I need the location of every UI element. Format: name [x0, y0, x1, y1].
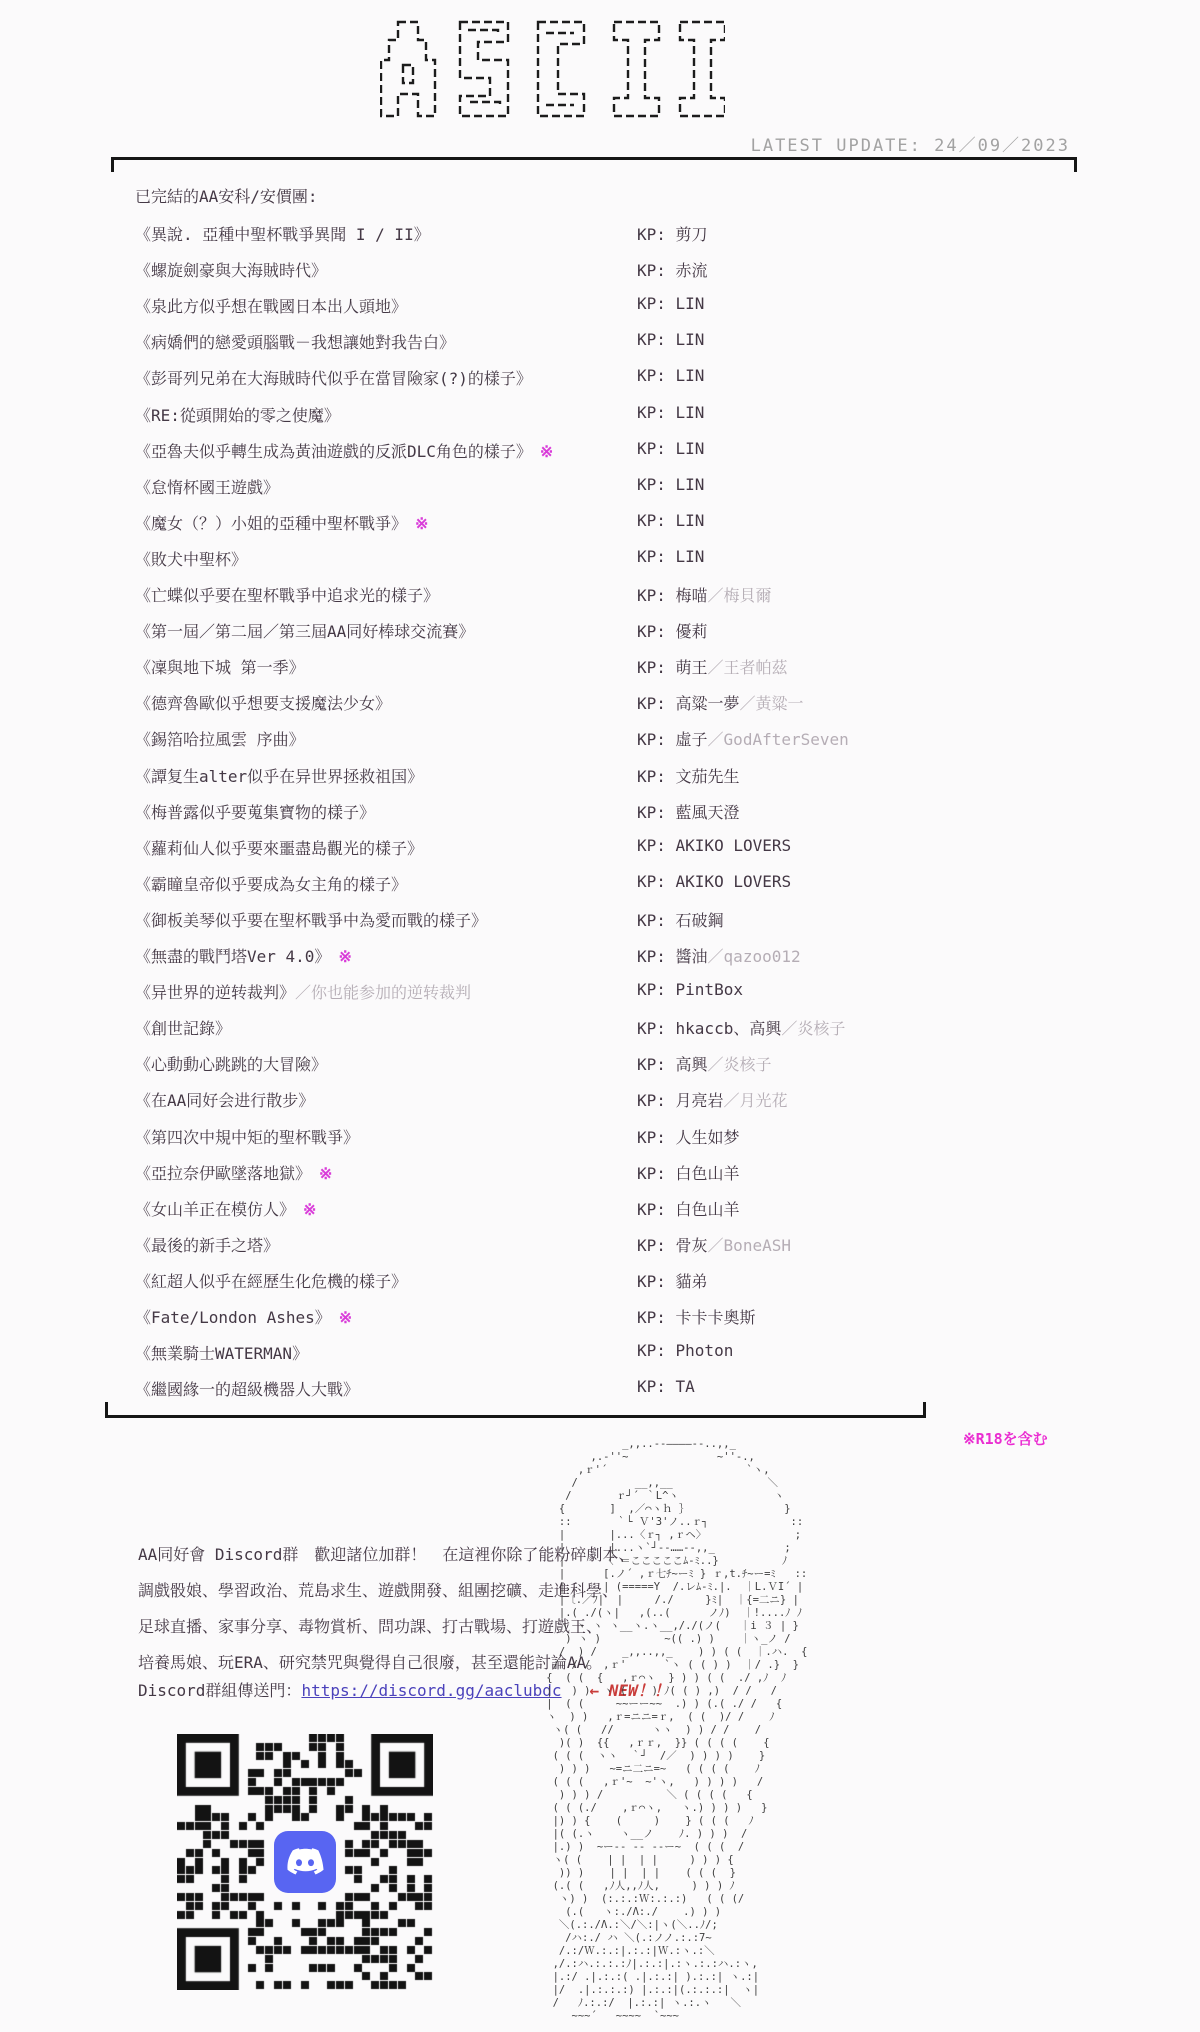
list-item: 《泉此方似乎想在戰國日本出人頭地》KP: LIN	[135, 294, 1135, 326]
kp-credit: KP: 文茄先生	[637, 764, 740, 787]
kp-credit-alt: ／GodAfterSeven	[708, 730, 849, 749]
work-title: 《繼國緣一的超級機器人大戰》	[135, 1380, 359, 1399]
kp-credit: KP: LIN	[637, 294, 704, 313]
work-title: 《御板美琴似乎要在聖杯戰爭中為愛而戰的樣子》	[135, 911, 487, 930]
list-item: 《創世記錄》KP: hkaccb、高興／炎核子	[135, 1016, 1135, 1048]
work-title: 《心動動心跳跳的大冒險》	[135, 1055, 327, 1074]
ascii-art-character: _,,..--――――--..,,_ ,.-''~ ~''-., ,ｒ'´ `ヽ…	[502, 1438, 807, 2023]
work-title-note: ／你也能参加的逆转裁判	[295, 983, 471, 1002]
kp-credit: KP: AKIKO LOVERS	[637, 836, 791, 855]
list-item: 《敗犬中聖杯》KP: LIN	[135, 547, 1135, 579]
work-title: 《德齊魯歐似乎想要支援魔法少女》	[135, 694, 391, 713]
r18-flag-icon: ※	[319, 1164, 332, 1183]
list-item: 《凜與地下城 第一季》KP: 萌王／王者帕茲	[135, 655, 1135, 687]
r18-flag-icon: ※	[540, 442, 553, 461]
list-item: 《在AA同好会进行散步》KP: 月亮岩／月光花	[135, 1088, 1135, 1120]
kp-credit: KP: 高興／炎核子	[637, 1052, 772, 1075]
list-item: 《心動動心跳跳的大冒險》KP: 高興／炎核子	[135, 1052, 1135, 1084]
list-item: 《亞拉奈伊歐墜落地獄》※KP: 白色山羊	[135, 1161, 1135, 1193]
work-title: 《病嬌們的戀愛頭腦戰－我想讓她對我告白》	[135, 333, 455, 352]
work-title: 《錫箔哈拉風雲 序曲》	[135, 730, 305, 749]
r18-flag-icon: ※	[303, 1200, 316, 1219]
work-title: 《譚复生alter似乎在异世界拯救祖国》	[135, 767, 423, 786]
discord-link-label: Discord群組傳送門：	[138, 1681, 301, 1700]
work-title: 《女山羊正在模仿人》	[135, 1200, 295, 1219]
kp-credit: KP: LIN	[637, 366, 704, 385]
list-item: 《異說. 亞種中聖杯戰爭異聞 I / II》KP: 剪刀	[135, 222, 1135, 254]
r18-flag-icon: ※	[415, 514, 428, 533]
list-item: 《异世界的逆转裁判》／你也能参加的逆转裁判KP: PintBox	[135, 980, 1135, 1012]
list-heading: 已完結的AA安科/安價團:	[135, 184, 318, 207]
work-title: 《亡蝶似乎要在聖杯戰爭中追求光的樣子》	[135, 586, 439, 605]
kp-credit: KP: 人生如梦	[637, 1125, 740, 1148]
kp-credit: KP: 藍風天澄	[637, 800, 740, 823]
work-title: 《梅普露似乎要蒐集寶物的樣子》	[135, 803, 375, 822]
kp-credit: KP: 梅喵／梅貝爾	[637, 583, 772, 606]
kp-credit: KP: LIN	[637, 439, 704, 458]
kp-credit: KP: 高粱一夢／黃粱一	[637, 691, 804, 714]
page: LATEST UPDATE: 24／09／2023 已完結的AA安科/安價團: …	[0, 0, 1200, 2032]
kp-credit-alt: ／梅貝爾	[708, 586, 772, 605]
kp-credit: KP: PintBox	[637, 980, 743, 999]
r18-note: ※R18を含む	[963, 1428, 1048, 1449]
kp-credit-alt: ／黃粱一	[740, 694, 804, 713]
list-item: 《最後的新手之塔》KP: 骨灰／BoneASH	[135, 1233, 1135, 1265]
list-item: 《譚复生alter似乎在异世界拯救祖国》KP: 文茄先生	[135, 764, 1135, 796]
work-title: 《無業騎士WATERMAN》	[135, 1344, 308, 1363]
kp-credit: KP: hkaccb、高興／炎核子	[637, 1016, 845, 1039]
kp-credit: KP: 卡卡卡奧斯	[637, 1305, 756, 1328]
list-item: 《RE:從頭開始的零之使魔》KP: LIN	[135, 403, 1135, 435]
kp-credit: KP: LIN	[637, 403, 704, 422]
kp-credit-alt: ／王者帕茲	[708, 658, 788, 677]
kp-credit: KP: 醬油／qazoo012	[637, 944, 801, 967]
list-item: 《第四次中規中矩的聖杯戰爭》KP: 人生如梦	[135, 1125, 1135, 1157]
kp-credit: KP: LIN	[637, 475, 704, 494]
work-title: 《敗犬中聖杯》	[135, 550, 247, 569]
r18-flag-icon: ※	[339, 1308, 352, 1327]
kp-credit: KP: 剪刀	[637, 222, 708, 245]
list-item: 《亞魯夫似乎轉生成為黃油遊戲的反派DLC角色的樣子》※KP: LIN	[135, 439, 1135, 471]
list-item: 《魔女（？）小姐的亞種中聖杯戰爭》※KP: LIN	[135, 511, 1135, 543]
work-title: 《無盡的戰鬥塔Ver 4.0》	[135, 947, 330, 966]
kp-credit: KP: 月亮岩／月光花	[637, 1088, 788, 1111]
list-item: 《病嬌們的戀愛頭腦戰－我想讓她對我告白》KP: LIN	[135, 330, 1135, 362]
list-item: 《無盡的戰鬥塔Ver 4.0》※KP: 醬油／qazoo012	[135, 944, 1135, 976]
list-item: 《亡蝶似乎要在聖杯戰爭中追求光的樣子》KP: 梅喵／梅貝爾	[135, 583, 1135, 615]
kp-credit: KP: 優莉	[637, 619, 708, 642]
work-title: 《亞魯夫似乎轉生成為黃油遊戲的反派DLC角色的樣子》	[135, 442, 532, 461]
work-title: 《泉此方似乎想在戰國日本出人頭地》	[135, 297, 407, 316]
work-title: 《Fate/London Ashes》	[135, 1308, 331, 1327]
list-item: 《錫箔哈拉風雲 序曲》KP: 虛子／GodAfterSeven	[135, 727, 1135, 759]
work-title: 《第四次中規中矩的聖杯戰爭》	[135, 1128, 359, 1147]
list-item: 《第一屆／第二屆／第三屆AA同好棒球交流賽》KP: 優莉	[135, 619, 1135, 651]
kp-credit: KP: LIN	[637, 330, 704, 349]
kp-credit: KP: TA	[637, 1377, 695, 1396]
list-item: 《德齊魯歐似乎想要支援魔法少女》KP: 高粱一夢／黃粱一	[135, 691, 1135, 723]
work-title: 《在AA同好会进行散步》	[135, 1091, 314, 1110]
list-item: 《女山羊正在模仿人》※KP: 白色山羊	[135, 1197, 1135, 1229]
kp-credit: KP: AKIKO LOVERS	[637, 872, 791, 891]
work-title: 《創世記錄》	[135, 1019, 231, 1038]
work-title: 《紅超人似乎在經歷生化危機的樣子》	[135, 1272, 407, 1291]
kp-credit: KP: 虛子／GodAfterSeven	[637, 727, 849, 750]
work-title: 《最後的新手之塔》	[135, 1236, 279, 1255]
discord-qr-code	[177, 1734, 433, 1990]
list-item: 《螺旋劍豪與大海賊時代》KP: 赤流	[135, 258, 1135, 290]
kp-credit-alt: ／月光花	[724, 1091, 788, 1110]
list-item: 《彭哥列兄弟在大海賊時代似乎在當冒險家(?)的樣子》KP: LIN	[135, 366, 1135, 398]
kp-credit-alt: ／BoneASH	[708, 1236, 791, 1255]
work-title: 《第一屆／第二屆／第三屆AA同好棒球交流賽》	[135, 622, 474, 641]
kp-credit: KP: 骨灰／BoneASH	[637, 1233, 791, 1256]
list-item: 《蘿莉仙人似乎要來噩盡島觀光的樣子》KP: AKIKO LOVERS	[135, 836, 1135, 868]
work-title: 《魔女（？）小姐的亞種中聖杯戰爭》	[135, 514, 407, 533]
work-title: 《蘿莉仙人似乎要來噩盡島觀光的樣子》	[135, 839, 423, 858]
work-title: 《霸瞳皇帝似乎要成為女主角的樣子》	[135, 875, 407, 894]
kp-credit: KP: LIN	[637, 547, 704, 566]
kp-credit-alt: ／qazoo012	[708, 947, 801, 966]
list-item: 《Fate/London Ashes》※KP: 卡卡卡奧斯	[135, 1305, 1135, 1337]
kp-credit: KP: 白色山羊	[637, 1161, 740, 1184]
work-title: 《異說. 亞種中聖杯戰爭異聞 I / II》	[135, 225, 430, 244]
kp-credit: KP: 石破鋼	[637, 908, 724, 931]
list-item: 《怠惰杯國王遊戲》KP: LIN	[135, 475, 1135, 507]
kp-credit: KP: 貓弟	[637, 1269, 708, 1292]
work-title: 《异世界的逆转裁判》	[135, 983, 295, 1002]
latest-update-label: LATEST UPDATE: 24／09／2023	[751, 131, 1070, 156]
list-item: 《紅超人似乎在經歷生化危機的樣子》KP: 貓弟	[135, 1269, 1135, 1301]
work-title: 《螺旋劍豪與大海賊時代》	[135, 261, 327, 280]
list-item: 《梅普露似乎要蒐集寶物的樣子》KP: 藍風天澄	[135, 800, 1135, 832]
list-item: 《繼國緣一的超級機器人大戰》KP: TA	[135, 1377, 1135, 1409]
kp-credit: KP: 白色山羊	[637, 1197, 740, 1220]
list-frame-top	[111, 157, 1077, 172]
list-item: 《霸瞳皇帝似乎要成為女主角的樣子》KP: AKIKO LOVERS	[135, 872, 1135, 904]
work-title: 《亞拉奈伊歐墜落地獄》	[135, 1164, 311, 1183]
work-title: 《彭哥列兄弟在大海賊時代似乎在當冒險家(?)的樣子》	[135, 369, 532, 388]
work-title: 《怠惰杯國王遊戲》	[135, 478, 279, 497]
kp-credit: KP: 萌王／王者帕茲	[637, 655, 788, 678]
work-title: 《RE:從頭開始的零之使魔》	[135, 406, 340, 425]
kp-credit-alt: ／炎核子	[708, 1055, 772, 1074]
kp-credit: KP: Photon	[637, 1341, 733, 1360]
r18-flag-icon: ※	[338, 947, 351, 966]
work-title: 《凜與地下城 第一季》	[135, 658, 305, 677]
ascii-logo	[380, 20, 725, 120]
list-item: 《御板美琴似乎要在聖杯戰爭中為愛而戰的樣子》KP: 石破鋼	[135, 908, 1135, 940]
list-item: 《無業騎士WATERMAN》KP: Photon	[135, 1341, 1135, 1373]
discord-logo-icon	[274, 1831, 336, 1893]
kp-credit: KP: LIN	[637, 511, 704, 530]
kp-credit-alt: ／炎核子	[781, 1019, 845, 1038]
kp-credit: KP: 赤流	[637, 258, 708, 281]
